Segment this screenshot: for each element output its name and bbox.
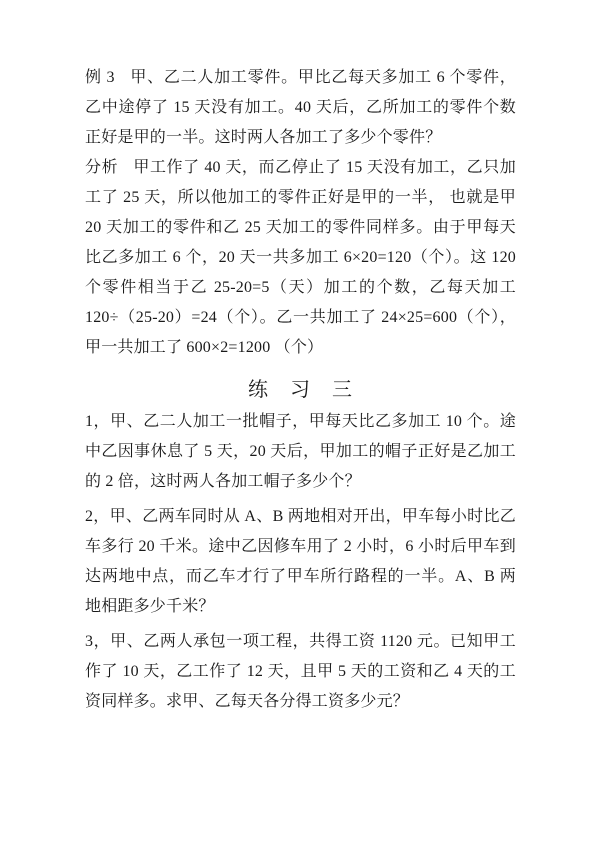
analysis-label: 分析 bbox=[85, 159, 118, 176]
example-problem-paragraph: 例 3甲、乙二人加工零件。甲比乙每天多加工 6 个零件，乙中途停了 15 天没有… bbox=[85, 63, 516, 153]
section-heading: 练 习 三 bbox=[85, 373, 516, 407]
example-problem-text: 甲、乙二人加工零件。甲比乙每天多加工 6 个零件，乙中途停了 15 天没有加工。… bbox=[85, 69, 516, 146]
analysis-text: 甲工作了 40 天，而乙停止了 15 天没有加工，乙只加工了 25 天，所以他加… bbox=[85, 159, 516, 356]
example-label: 例 3 bbox=[85, 69, 115, 86]
exercise-item-2: 2，甲、乙两车同时从 A、B 两地相对开出，甲车每小时比乙车多行 20 千米。途… bbox=[85, 502, 516, 622]
exercise-item-3: 3，甲、乙两人承包一项工程，共得工资 1120 元。已知甲工作了 10 天，乙工… bbox=[85, 627, 516, 717]
analysis-paragraph: 分析甲工作了 40 天，而乙停止了 15 天没有加工，乙只加工了 25 天，所以… bbox=[85, 153, 516, 363]
document-page: 例 3甲、乙二人加工零件。甲比乙每天多加工 6 个零件，乙中途停了 15 天没有… bbox=[0, 0, 596, 842]
exercise-item-1: 1，甲、乙二人加工一批帽子，甲每天比乙多加工 10 个。途中乙因事休息了 5 天… bbox=[85, 407, 516, 497]
